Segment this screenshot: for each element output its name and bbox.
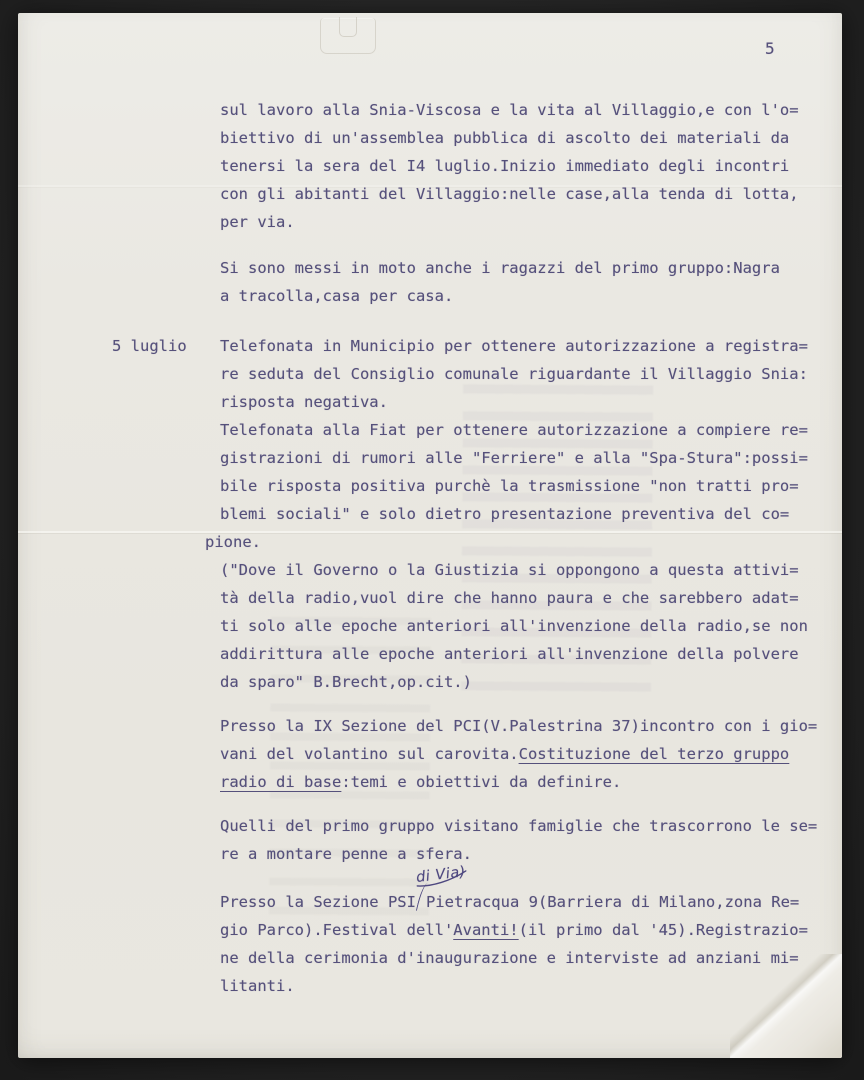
scan-background: 5 di Via) sul lavoro alla Snia-Viscosa e… bbox=[0, 0, 864, 1080]
document-text: di Via) sul lavoro alla Snia-Viscosa e l… bbox=[220, 96, 836, 1000]
text-line: biettivo di un'assemblea pubblica di asc… bbox=[220, 124, 836, 152]
text-line: Telefonata alla Fiat per ottenere autori… bbox=[220, 416, 836, 444]
emboss-stamp-icon bbox=[320, 18, 376, 54]
text-line: addirittura alle epoche anteriori all'in… bbox=[220, 640, 836, 668]
text-line: gio Parco).Festival dell'Avanti!(il prim… bbox=[220, 916, 836, 944]
text-line: a tracolla,casa per casa. bbox=[220, 282, 836, 310]
text-line: ("Dove il Governo o la Giustizia si oppo… bbox=[220, 556, 836, 584]
text-line: Si sono messi in moto anche i ragazzi de… bbox=[220, 254, 836, 282]
text-line: pione. bbox=[205, 528, 836, 556]
text-line: sul lavoro alla Snia-Viscosa e la vita a… bbox=[220, 96, 836, 124]
text-line: re a montare penne a sfera. bbox=[220, 840, 836, 868]
date-label: 5 luglio bbox=[112, 332, 187, 360]
diary-block: Quelli del primo gruppo visitano famigli… bbox=[220, 812, 836, 868]
diary-block: 5 luglioTelefonata in Municipio per otte… bbox=[220, 332, 836, 696]
underlined-text: radio di base bbox=[220, 773, 341, 791]
underlined-text: Avanti! bbox=[453, 921, 518, 939]
text-line: per via. bbox=[220, 208, 836, 236]
caret-mark-icon bbox=[416, 888, 426, 912]
text-line: bile risposta positiva purchè la trasmis… bbox=[220, 472, 836, 500]
text-line: vani del volantino sul carovita.Costituz… bbox=[220, 740, 836, 768]
text-line: Telefonata in Municipio per ottenere aut… bbox=[220, 332, 836, 360]
diary-block: Presso la IX Sezione del PCI(V.Palestrin… bbox=[220, 712, 836, 796]
text-line: Presso la IX Sezione del PCI(V.Palestrin… bbox=[220, 712, 836, 740]
page-number: 5 bbox=[765, 39, 775, 58]
text-line: radio di base:temi e obiettivi da defini… bbox=[220, 768, 836, 796]
paper: 5 di Via) sul lavoro alla Snia-Viscosa e… bbox=[18, 13, 842, 1058]
fold-corner bbox=[730, 954, 842, 1058]
text-line: blemi sociali" e solo dietro presentazio… bbox=[220, 500, 836, 528]
diary-block: Si sono messi in moto anche i ragazzi de… bbox=[220, 254, 836, 310]
screenshot-root: { "page": { "number": "5" }, "colors": {… bbox=[0, 0, 864, 1080]
text-line: Presso la Sezione PSIPietracqua 9(Barrie… bbox=[220, 888, 836, 916]
text-line: tenersi la sera del I4 luglio.Inizio imm… bbox=[220, 152, 836, 180]
text-line: tà della radio,vuol dire che hanno paura… bbox=[220, 584, 836, 612]
diary-block: sul lavoro alla Snia-Viscosa e la vita a… bbox=[220, 96, 836, 236]
text-line: risposta negativa. bbox=[220, 388, 836, 416]
text-line: gistrazioni di rumori alle "Ferriere" e … bbox=[220, 444, 836, 472]
underlined-text: Costituzione del terzo gruppo bbox=[519, 745, 790, 763]
text-line: da sparo" B.Brecht,op.cit.) bbox=[220, 668, 836, 696]
text-line: Quelli del primo gruppo visitano famigli… bbox=[220, 812, 836, 840]
text-line: con gli abitanti del Villaggio:nelle cas… bbox=[220, 180, 836, 208]
text-line: re seduta del Consiglio comunale riguard… bbox=[220, 360, 836, 388]
text-line: ti solo alle epoche anteriori all'invenz… bbox=[220, 612, 836, 640]
